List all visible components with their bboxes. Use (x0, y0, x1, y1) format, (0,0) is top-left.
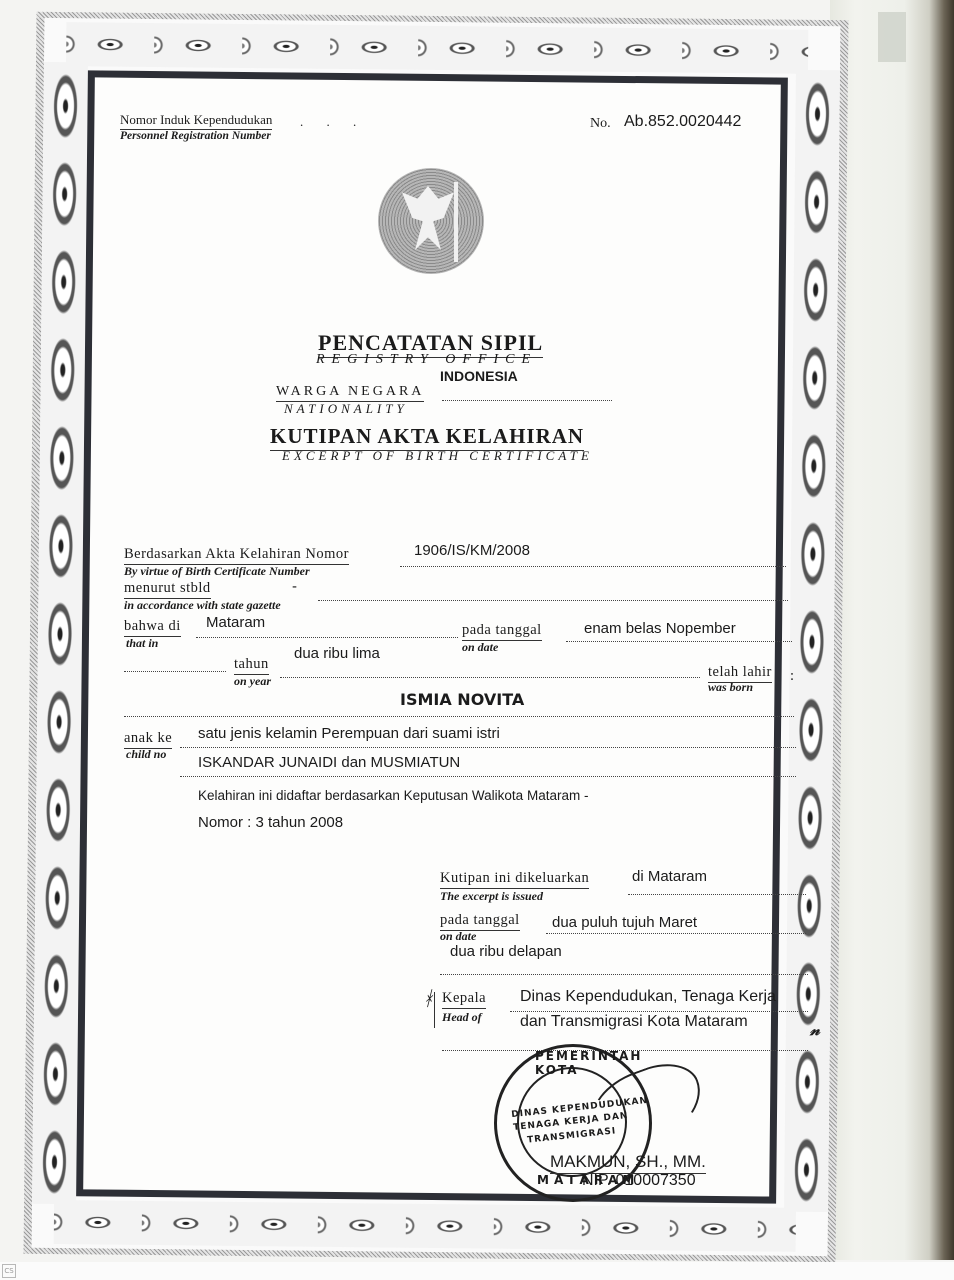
cert-number-dots (400, 566, 786, 567)
stbld-dots (318, 600, 788, 601)
issued-place: di Mataram (632, 868, 707, 885)
head-value-line1: Dinas Kependudukan, Tenaga Kerja (520, 988, 776, 1006)
doc-number: Ab.852.0020442 (624, 113, 741, 131)
head-dots (510, 1011, 808, 1012)
parents-dots (180, 776, 796, 777)
date-label-en: on date (462, 640, 498, 655)
handwritten-initial: 𝓃 (810, 1022, 820, 1040)
registration-note: Kelahiran ini didaftar berdasarkan Keput… (198, 788, 588, 803)
document-title-en: EXCERPT OF BIRTH CERTIFICATE (282, 448, 593, 464)
nationality-value: INDONESIA (440, 368, 518, 384)
born-colon: : (790, 668, 795, 685)
date-value: enam belas Nopember (584, 620, 736, 637)
year-value: dua ribu lima (294, 645, 380, 662)
decree-number: Nomor : 3 tahun 2008 (198, 814, 343, 831)
camscanner-logo-icon: CS (2, 1264, 16, 1278)
nationality-dots (442, 400, 612, 401)
issued-label: Kutipan ini dikeluarkan (440, 870, 589, 889)
document-title: KUTIPAN AKTA KELAHIRAN (270, 424, 584, 451)
cert-number-label: Berdasarkan Akta Kelahiran Nomor (124, 546, 349, 565)
issued-label-en: The excerpt is issued (440, 889, 543, 904)
place-dots (196, 637, 458, 638)
issued-year-dots (440, 974, 808, 975)
stbld-label-en: in accordance with state gazette (124, 598, 281, 613)
office-title-en: REGISTRY OFFICE (316, 352, 537, 368)
head-label-en: Head of (442, 1010, 482, 1025)
born-label-en: was born (708, 680, 753, 695)
nationality-label-en: NATIONALITY (284, 401, 408, 417)
issued-place-dots (628, 894, 806, 895)
date-dots (566, 641, 792, 642)
registration-label: Nomor Induk Kependudukan (120, 112, 272, 130)
official-name: MAKMUN, SH., MM. (550, 1152, 706, 1174)
year-dots-left (124, 671, 226, 672)
head-value-line2: dan Transmigrasi Kota Mataram (520, 1013, 748, 1031)
nationality-label: WARGA NEGARA (276, 384, 424, 402)
child-name: ISMIA NOVITA (400, 690, 524, 709)
doc-no-prefix: No. (590, 116, 611, 132)
year-label-en: on year (234, 674, 271, 689)
head-divider (434, 992, 435, 1028)
child-no-label-en: child no (126, 747, 166, 762)
year-label: tahun (234, 656, 269, 675)
cert-number-value: 1906/IS/KM/2008 (414, 542, 530, 559)
place-label-en: that in (126, 636, 158, 651)
stbld-value: - (292, 578, 297, 595)
year-dots (280, 677, 700, 678)
issued-year-value: dua ribu delapan (450, 943, 562, 960)
handwritten-mark: ᚼ (422, 988, 435, 1011)
certificate-content: Nomor Induk Kependudukan Personnel Regis… (0, 0, 954, 1280)
date-label: pada tanggal (462, 622, 542, 641)
child-no-value: satu jenis kelamin Perempuan dari suami … (198, 725, 500, 742)
official-nip: NIP. 010007350 (582, 1172, 696, 1190)
cert-number-label-en: By virtue of Birth Certificate Number (124, 564, 310, 579)
registration-label-en: Personnel Registration Number (120, 130, 271, 142)
scan-margin (0, 1262, 954, 1280)
garuda-emblem-icon (378, 168, 484, 274)
child-name-dots (124, 716, 794, 717)
stbld-label: menurut stbld (124, 580, 211, 599)
place-value: Mataram (206, 614, 265, 631)
registration-value: . . . (300, 114, 366, 130)
issued-date-dots (546, 933, 806, 934)
emblem-bird (402, 186, 454, 250)
child-no-dots (180, 747, 796, 748)
issued-date-label-en: on date (440, 929, 476, 944)
issued-date-value: dua puluh tujuh Maret (552, 914, 697, 931)
parents-value: ISKANDAR JUNAIDI dan MUSMIATUN (198, 754, 460, 771)
head-label: Kepala (442, 990, 486, 1009)
place-label: bahwa di (124, 618, 181, 637)
emblem-fold (454, 182, 458, 262)
